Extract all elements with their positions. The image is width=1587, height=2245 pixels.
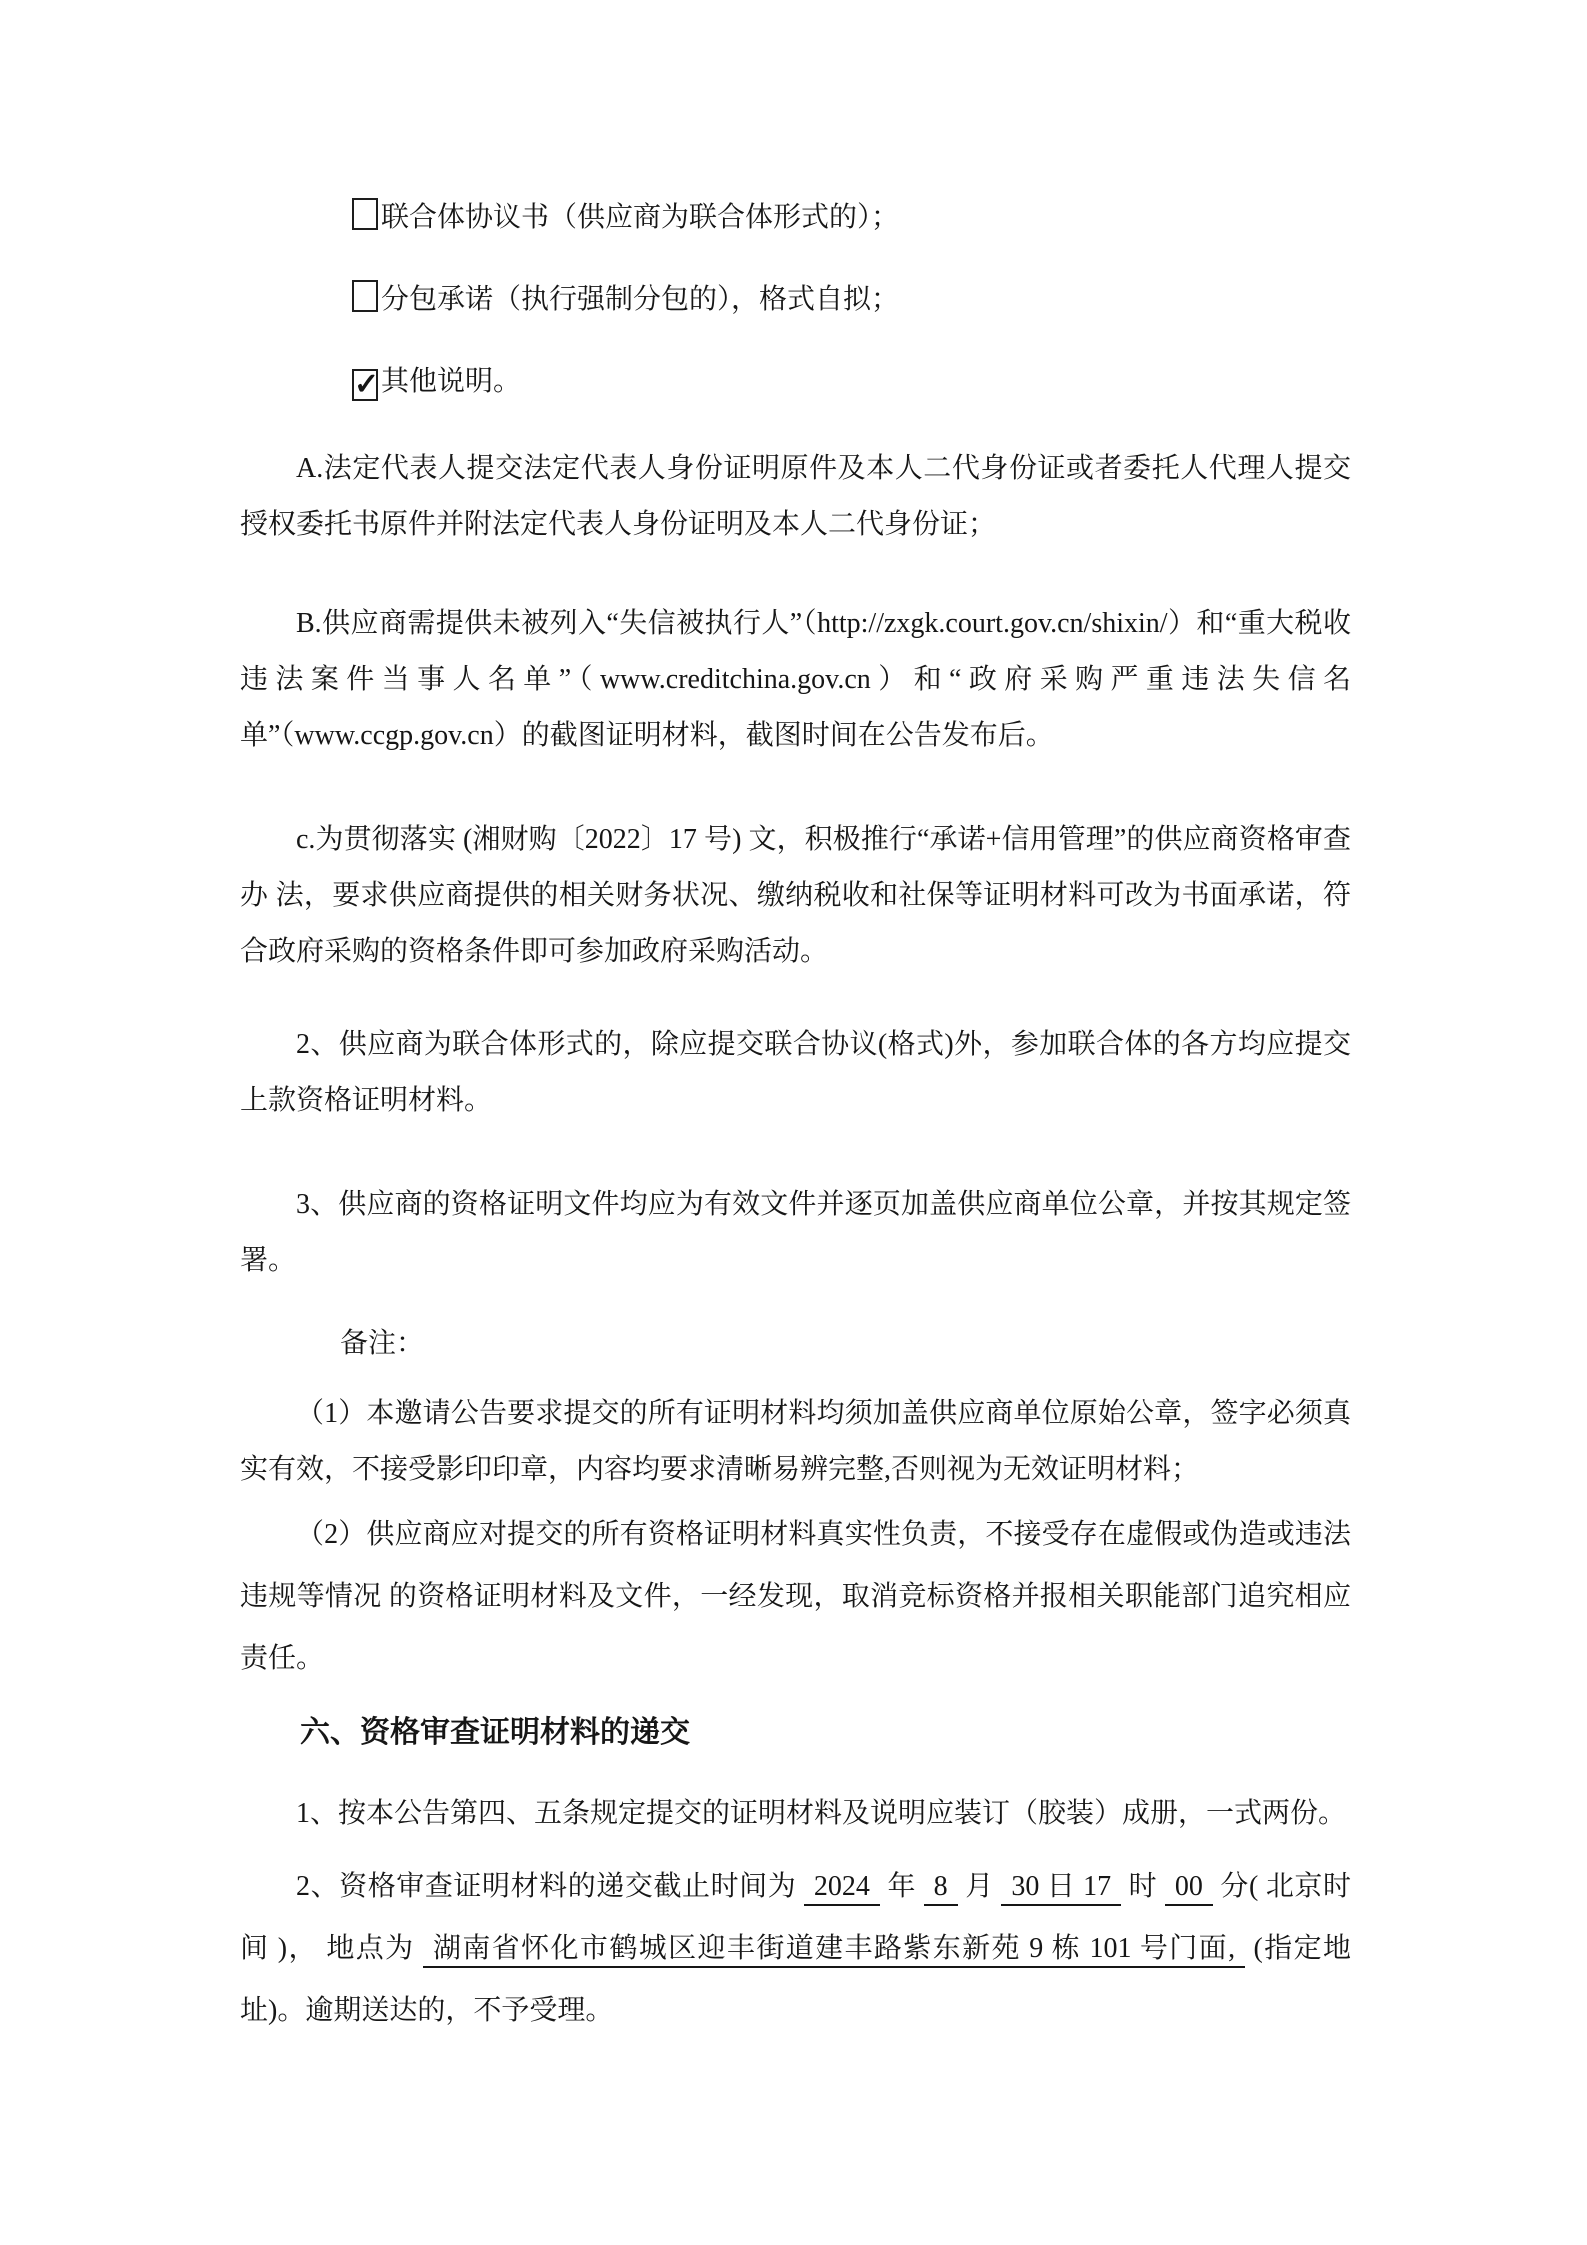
checklist-item-subcontract-promise: 分包承诺（执行强制分包的），格式自拟； — [240, 272, 1351, 328]
deadline-year-unit: 年 — [887, 1871, 916, 1902]
paragraph-binding-requirement: 1、按本公告第四、五条规定提交的证明材料及说明应装订（胶装）成册，一式两份。 — [240, 1786, 1351, 1842]
deadline-day-hour-value: 30 日 17 — [1001, 1871, 1121, 1906]
deadline-minute-value: 00 — [1165, 1871, 1213, 1906]
deadline-month-unit: 月 — [965, 1871, 994, 1902]
deadline-month-value: 8 — [924, 1871, 958, 1906]
checkbox-mark: ✓ — [354, 371, 376, 399]
document-page: 联合体协议书（供应商为联合体形式的）； 分包承诺（执行强制分包的），格式自拟； … — [0, 0, 1587, 2245]
checkbox-unchecked-icon — [352, 280, 378, 312]
submission-place-label: 地点为 — [326, 1933, 414, 1964]
paragraph-consortium-materials: 2、供应商为联合体形式的，除应提交联合协议(格式)外，参加联合体的各方均应提交上… — [240, 1017, 1351, 1129]
checklist-item-other-notes: ✓其他说明。 — [240, 354, 1351, 410]
remarks-label: 备注： — [240, 1316, 1351, 1372]
paragraph-credit-management-policy: c.为贯彻落实 (湘财购〔2022〕17 号) 文，积极推行“承诺+信用管理”的… — [240, 812, 1351, 980]
remark-note-1: （1）本邀请公告要求提交的所有证明材料均须加盖供应商单位原始公章，签字必须真实有… — [240, 1386, 1351, 1498]
deadline-year-value: 2024 — [804, 1871, 880, 1906]
deadline-hour-unit: 时 — [1129, 1871, 1158, 1902]
section-title-materials-submission: 六、资格审查证明材料的递交 — [240, 1705, 1351, 1761]
paragraph-credit-check: B.供应商需提供未被列入“失信被执行人”（http://zxgk.court.g… — [240, 596, 1351, 764]
submission-place-value: 湖南省怀化市鹤城区迎丰街道建丰路紫东新苑 9 栋 101 号门面, — [423, 1933, 1245, 1968]
checklist-label: 分包承诺（执行强制分包的），格式自拟； — [381, 284, 899, 315]
checklist-label: 联合体协议书（供应商为联合体形式的）； — [381, 202, 899, 233]
remark-note-2: （2）供应商应对提交的所有资格证明材料真实性负责，不接受存在虚假或伪造或违法违规… — [240, 1504, 1351, 1690]
paragraph-stamp-requirement: 3、供应商的资格证明文件均应为有效文件并逐页加盖供应商单位公章，并按其规定签署。 — [240, 1177, 1351, 1289]
checklist-item-joint-agreement: 联合体协议书（供应商为联合体形式的）； — [240, 190, 1351, 246]
checkbox-unchecked-icon — [352, 198, 378, 230]
checklist-label: 其他说明。 — [381, 366, 521, 397]
paragraph-legal-representative: A.法定代表人提交法定代表人身份证明原件及本人二代身份证或者委托人代理人提交授权… — [240, 441, 1351, 553]
deadline-prefix: 2、资格审查证明材料的递交截止时间为 — [296, 1871, 796, 1902]
checkbox-checked-icon: ✓ — [352, 369, 378, 401]
paragraph-submission-deadline: 2、资格审查证明材料的递交截止时间为 2024 年 8 月 30 日 17 时 … — [240, 1856, 1351, 2042]
